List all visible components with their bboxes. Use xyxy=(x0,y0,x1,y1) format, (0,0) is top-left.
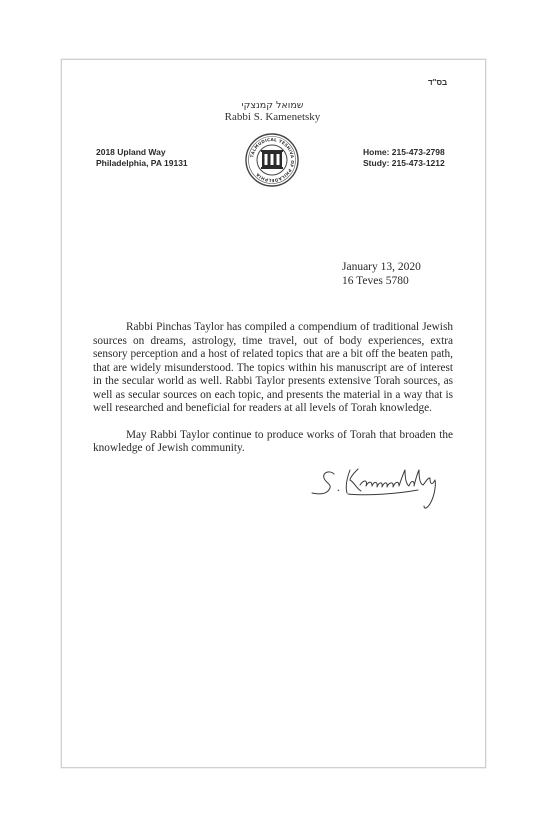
hebrew-date: 16 Teves 5780 xyxy=(342,275,421,289)
gregorian-date: January 13, 2020 xyxy=(342,261,421,275)
home-phone: Home: 215-473-2798 xyxy=(363,147,445,158)
hebrew-name: שמואל קמנצקי xyxy=(0,100,545,111)
institution-seal-icon: TALMUDICAL YESHIVA OF PHILADELPHIA xyxy=(245,133,299,187)
bsd-marking: בס"ד xyxy=(428,78,447,87)
address-line-1: 2018 Upland Way xyxy=(96,147,188,158)
phone-block: Home: 215-473-2798 Study: 215-473-1212 xyxy=(363,147,445,168)
letter-body: Rabbi Pinchas Taylor has compiled a comp… xyxy=(93,321,453,456)
body-paragraph: May Rabbi Taylor continue to produce wor… xyxy=(93,429,453,456)
date-block: January 13, 2020 16 Teves 5780 xyxy=(342,261,421,288)
study-phone: Study: 215-473-1212 xyxy=(363,158,445,169)
handwritten-signature-icon xyxy=(306,460,456,515)
address-line-2: Philadelphia, PA 19131 xyxy=(96,158,188,169)
address-block: 2018 Upland Way Philadelphia, PA 19131 xyxy=(96,147,188,168)
english-name: Rabbi S. Kamenetsky xyxy=(0,111,545,123)
body-paragraph: Rabbi Pinchas Taylor has compiled a comp… xyxy=(93,321,453,416)
